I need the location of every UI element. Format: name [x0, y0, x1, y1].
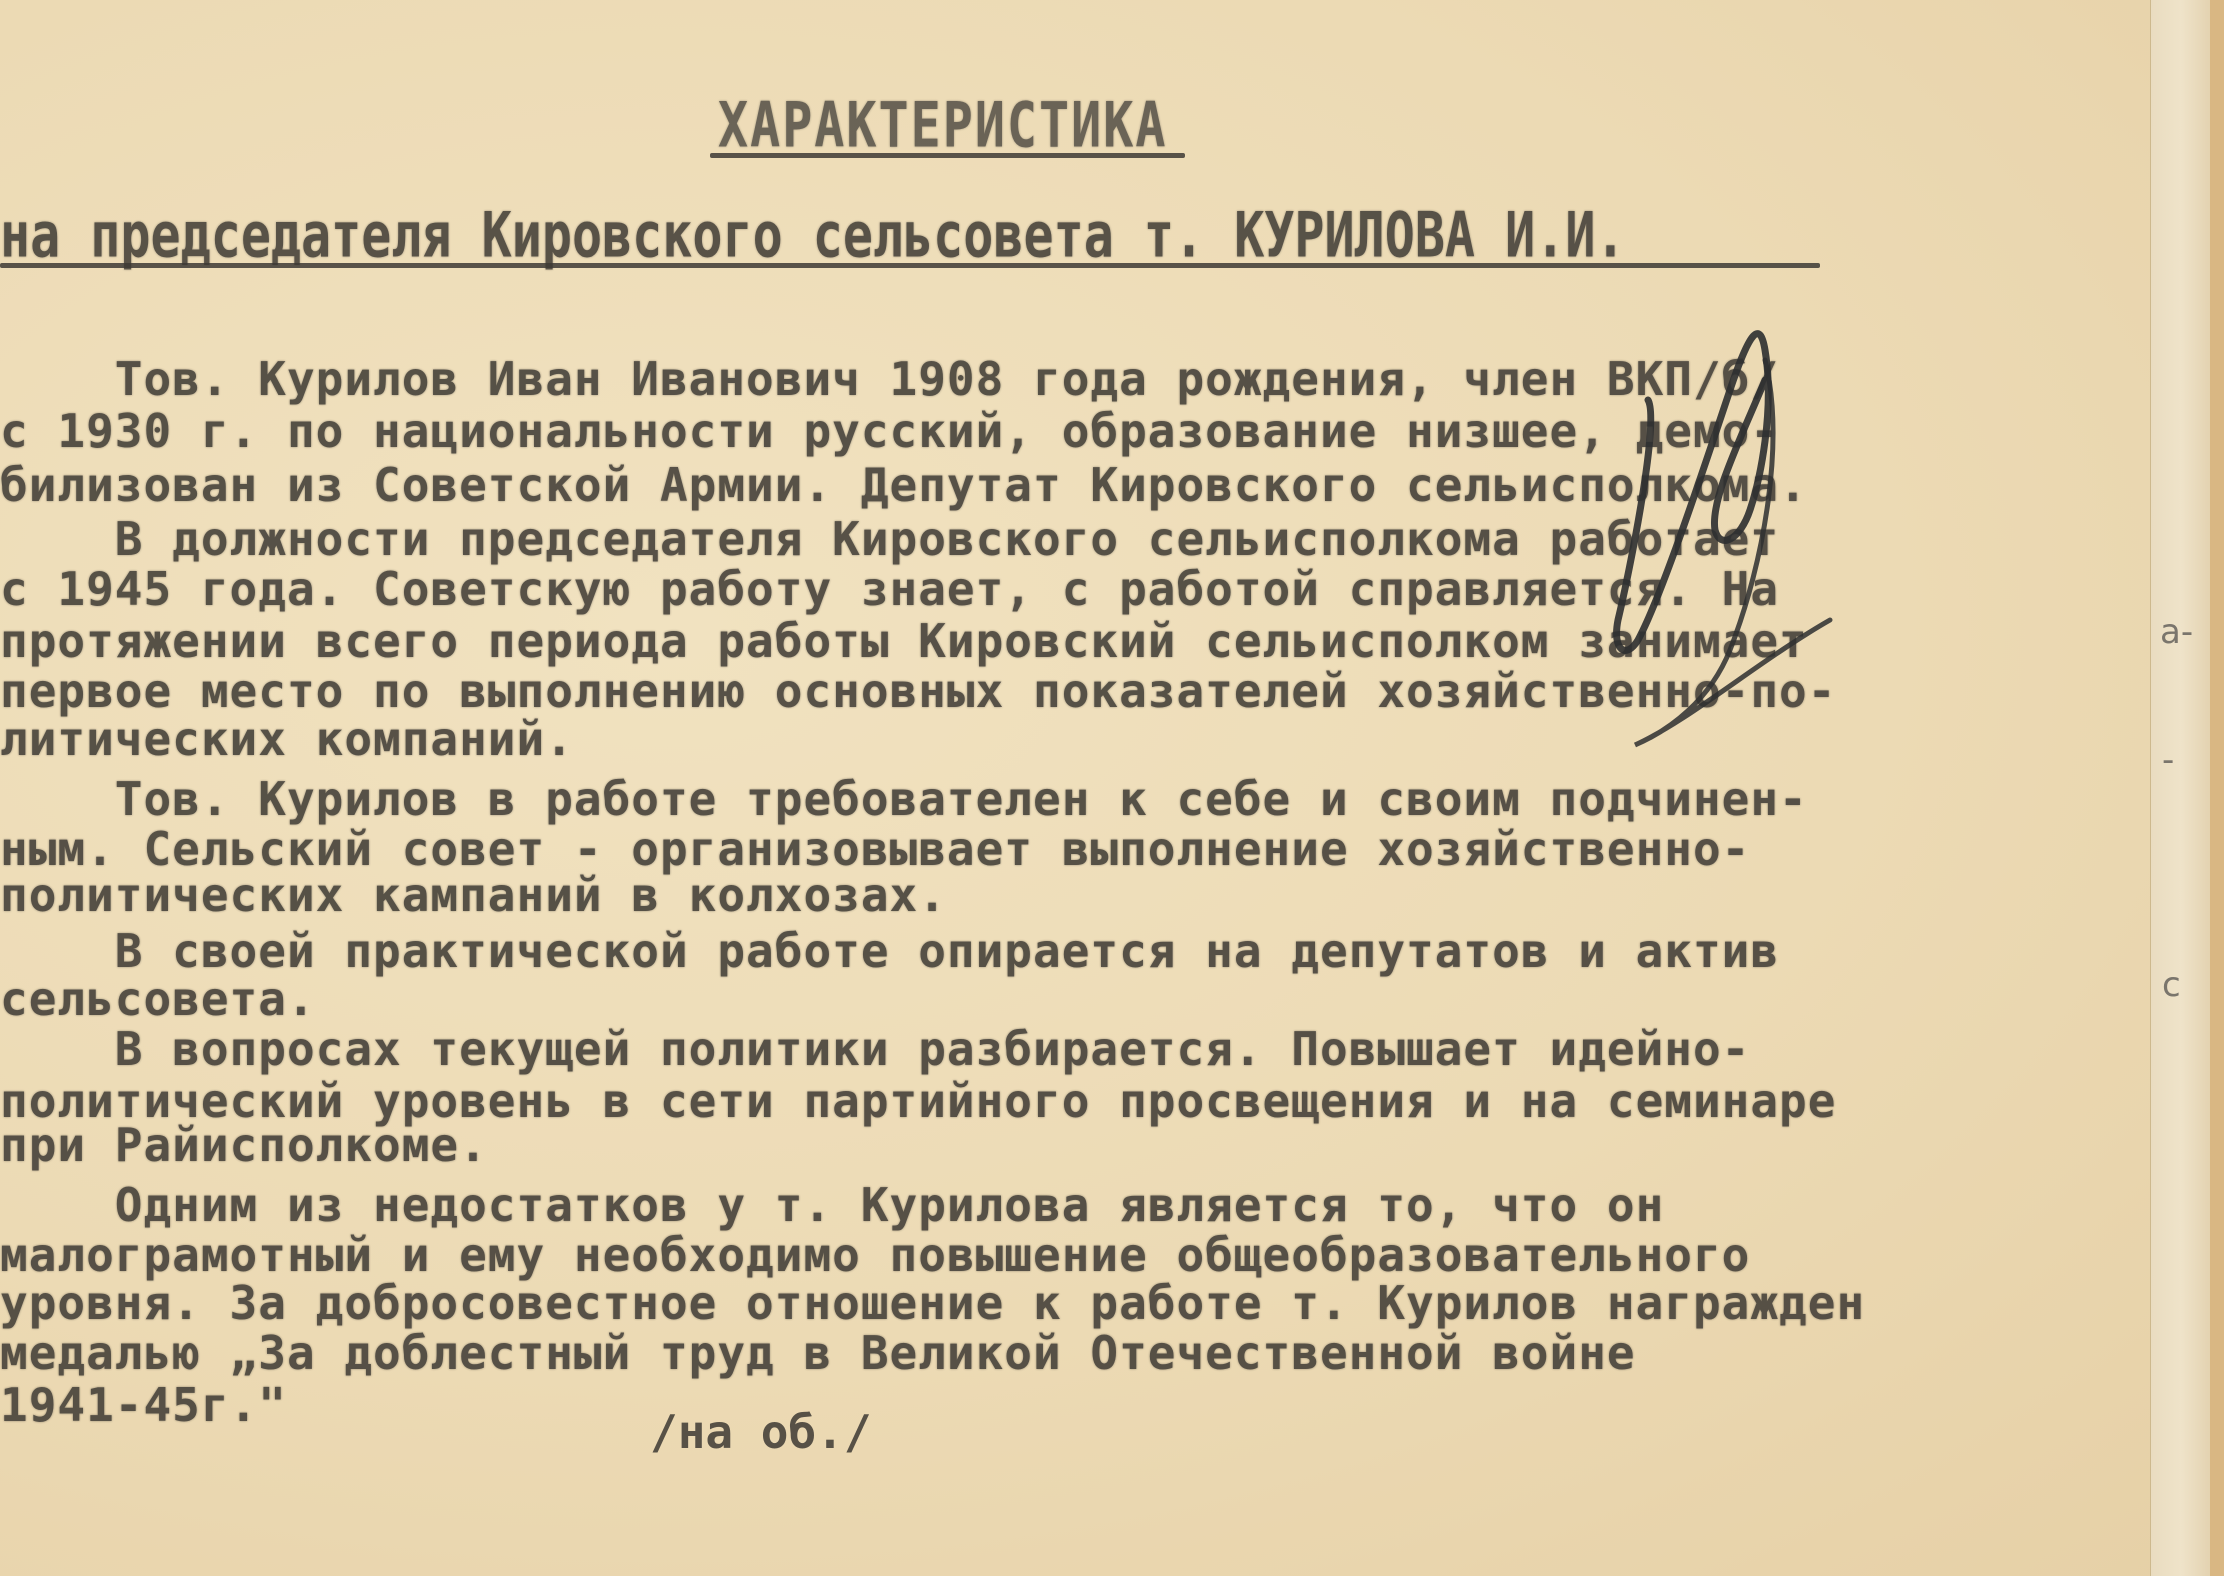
body-line: малограмотный и ему необходимо повышение…: [0, 1228, 1750, 1282]
edge-fragment: -: [2162, 740, 2174, 780]
body-line: В вопросах текущей политики разбирается.…: [0, 1022, 1750, 1076]
body-line: политических кампаний в колхозах.: [0, 868, 947, 922]
binding-edge: [2210, 0, 2224, 1576]
body-line: литических компаний.: [0, 712, 574, 766]
document-title: ХАРАКТЕРИСТИКА: [718, 89, 1167, 162]
body-line: с 1930 г. по национальности русский, обр…: [0, 404, 1779, 458]
body-line: В своей практической работе опирается на…: [0, 924, 1779, 978]
body-line: при Райисполкоме.: [0, 1118, 488, 1172]
body-line: Одним из недостатков у т. Курилова являе…: [0, 1178, 1664, 1232]
body-line: 1941-45г.": [0, 1378, 287, 1432]
continuation-note: /на об./: [650, 1405, 872, 1459]
body-line: Тов. Курилов Иван Иванович 1908 года рож…: [0, 352, 1779, 406]
body-line: медалью „За доблестный труд в Великой От…: [0, 1326, 1636, 1380]
body-line: сельсовета.: [0, 972, 316, 1026]
body-line: с 1945 года. Советскую работу знает, с р…: [0, 562, 1779, 616]
document-page: а- - с ХАРАКТЕРИСТИКА на председателя Ки…: [0, 0, 2224, 1576]
document-subtitle: на председателя Кировского сельсовета т.…: [0, 199, 1626, 272]
body-line: билизован из Советской Армии. Депутат Ки…: [0, 458, 1808, 512]
title-underline: [710, 153, 1185, 158]
adjacent-page-edge: [2150, 0, 2211, 1576]
handwritten-page-number: [1590, 320, 1890, 760]
subtitle-underline: [0, 263, 1820, 268]
edge-fragment: с: [2162, 965, 2181, 1005]
body-line: Тов. Курилов в работе требователен к себ…: [0, 772, 1808, 826]
body-line: уровня. За добросовестное отношение к ра…: [0, 1276, 1865, 1330]
body-line: первое место по выполнению основных пока…: [0, 664, 1836, 718]
body-line: В должности председателя Кировского сель…: [0, 512, 1779, 566]
body-line: протяжении всего периода работы Кировски…: [0, 614, 1808, 668]
edge-fragment: а-: [2160, 612, 2193, 652]
